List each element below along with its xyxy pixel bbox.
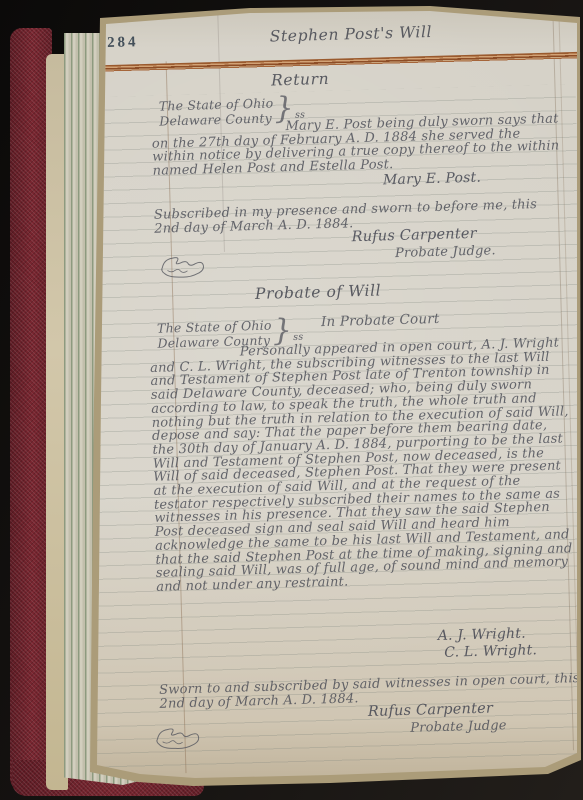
seal-scribble [152,725,203,754]
page-title: Stephen Post's Will [229,25,473,46]
affiant-signature: Mary E. Post. [383,172,481,188]
page-number: 284 [107,34,139,52]
return-affidavit: Mary E. Post being duly sworn says that … [151,112,560,178]
probate-deposition: Personally appeared in open court, A. J.… [150,336,575,594]
witness-signature-1: A. J. Wright. [438,628,526,644]
brace-glyph: } [273,324,293,338]
witness-signature-2: C. L. Wright. [444,644,537,660]
judge-title-2: Probate Judge [410,719,507,735]
judge-title-1: Probate Judge. [395,244,496,261]
return-heading: Return [220,71,380,89]
seal-scribble [157,253,208,282]
probate-court-label: In Probate Court [321,313,440,330]
header-rule [78,52,583,73]
brace-glyph: } [274,102,294,116]
